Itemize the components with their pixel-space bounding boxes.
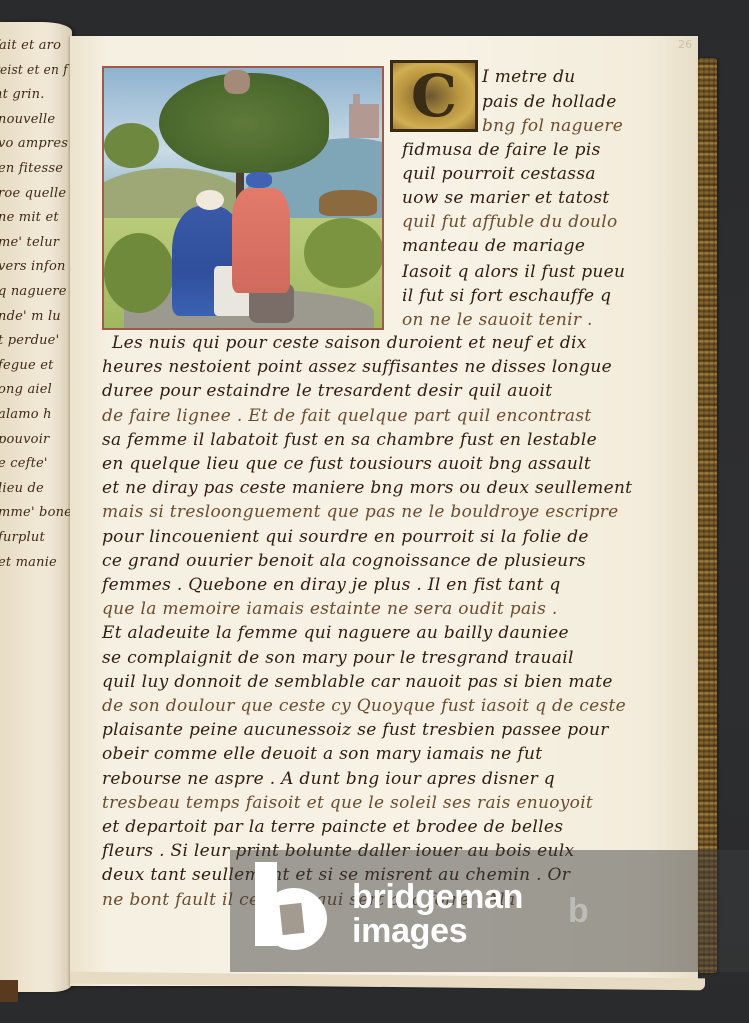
text-line: femmes . Quebone en diray je plus . Il e… xyxy=(102,575,561,595)
text-line: Iasoit q alors il fust pueu xyxy=(402,262,625,282)
text-line: obeir comme elle deuoit a son mary iamai… xyxy=(102,744,542,764)
text-line: Les nuis qui pour ceste saison duroient … xyxy=(112,333,587,353)
left-page-line: mme' bone xyxy=(0,505,72,520)
text-line: Et aladeuite la femme qui naguere au bai… xyxy=(102,623,569,643)
left-page-line: fegue et xyxy=(0,358,54,373)
text-line: pais de hollade xyxy=(482,92,617,112)
text-line: tresbeau temps faisoit et que le soleil … xyxy=(102,793,593,813)
text-line: et departoit par la terre paincte et bro… xyxy=(102,817,563,837)
left-page-edge xyxy=(0,980,18,1002)
text-line: manteau de mariage xyxy=(402,236,585,256)
text-line: ce grand ouurier benoit ala cognoissance… xyxy=(102,551,586,571)
left-page-line: et manie xyxy=(0,555,57,570)
watermark-line2: images xyxy=(352,914,467,948)
page-number: 26 xyxy=(678,38,692,51)
text-line: en quelque lieu que ce fust tousiours au… xyxy=(102,454,591,474)
text-line: se complaignit de son mary pour le tresg… xyxy=(102,648,574,668)
text-line: fidmusa de faire le pis xyxy=(402,140,601,160)
woman-headdress xyxy=(196,190,224,210)
text-line: plaisante peine aucunessoiz se fust tres… xyxy=(102,720,609,740)
text-line: sa femme il labatoit fust en sa chambre … xyxy=(102,430,597,450)
gilt-binding-edge xyxy=(698,58,717,973)
text-line: il fut si fort eschauffe q xyxy=(402,286,611,306)
left-page-line: ne mit et xyxy=(0,210,59,225)
left-page-line: me' telur xyxy=(0,235,59,250)
text-line: et ne diray pas ceste maniere bng mors o… xyxy=(102,478,632,498)
bush xyxy=(304,218,384,288)
left-page-line: lieu de xyxy=(0,481,44,496)
left-page-line: vo ampres xyxy=(0,136,68,151)
text-line: duree pour estaindre le tresardent desir… xyxy=(102,381,552,401)
text-line: rebourse ne aspre . A dunt bng iour apre… xyxy=(102,769,555,789)
man-hat xyxy=(246,172,272,188)
text-line: de faire lignee . Et de fait quelque par… xyxy=(102,406,592,426)
left-page-line: t perdue' xyxy=(0,333,59,348)
illuminated-initial: C xyxy=(390,60,478,132)
left-page-line: pouvoir xyxy=(0,432,49,447)
left-page-line: ong aiel xyxy=(0,382,52,397)
text-line: heures nestoient point assez suffisantes… xyxy=(102,357,612,377)
man-figure xyxy=(232,188,290,293)
castle-icon xyxy=(349,104,379,138)
text-line: quil luy donnoit de semblable car nauoit… xyxy=(102,672,613,692)
watermark-b-icon: b xyxy=(568,892,589,931)
left-page-line: furplut xyxy=(0,530,45,545)
text-line: quil pourroit cestassa xyxy=(402,164,596,184)
text-line: quil fut affuble du doulo xyxy=(402,212,618,232)
left-page-line: en fitesse xyxy=(0,161,63,176)
left-page-line: fait et aro xyxy=(0,38,61,53)
text-line: pour lincouenient qui sourdre en pourroi… xyxy=(102,527,589,547)
text-line: de son doulour que ceste cy Quoyque fust… xyxy=(102,696,626,716)
bush xyxy=(104,233,174,313)
left-page-line: alamo h xyxy=(0,407,52,422)
bush xyxy=(104,123,159,168)
initial-letter: C xyxy=(393,63,475,129)
text-line: mais si tresloonguement que pas ne le bo… xyxy=(102,502,619,522)
bridgeman-logo-icon xyxy=(255,862,333,952)
text-line: bng fol naguere xyxy=(482,116,623,136)
miniature-illustration xyxy=(102,66,384,330)
left-page-line: reist et en f xyxy=(0,63,68,78)
figure-in-tree xyxy=(224,70,250,94)
left-page-line: e cefte' xyxy=(0,456,48,471)
ox-figure xyxy=(319,190,377,216)
left-page-line: roe quelle xyxy=(0,186,66,201)
text-line: on ne le sauoit tenir . xyxy=(402,310,593,330)
watermark-line1: bridgeman xyxy=(352,880,523,914)
text-line: que la memoire iamais estainte ne sera o… xyxy=(102,599,558,619)
text-line: I metre du xyxy=(482,67,576,87)
left-page: fait et aroreist et en fnt grin.nouvelle… xyxy=(0,22,72,992)
text-line: uow se marier et tatost xyxy=(402,188,610,208)
left-page-line: nt grin. xyxy=(0,87,45,102)
left-page-line: q naguere xyxy=(0,284,67,299)
left-page-line: nouvelle xyxy=(0,112,55,127)
left-page-line: vers infon xyxy=(0,259,66,274)
left-page-line: nde' m lu xyxy=(0,309,61,324)
